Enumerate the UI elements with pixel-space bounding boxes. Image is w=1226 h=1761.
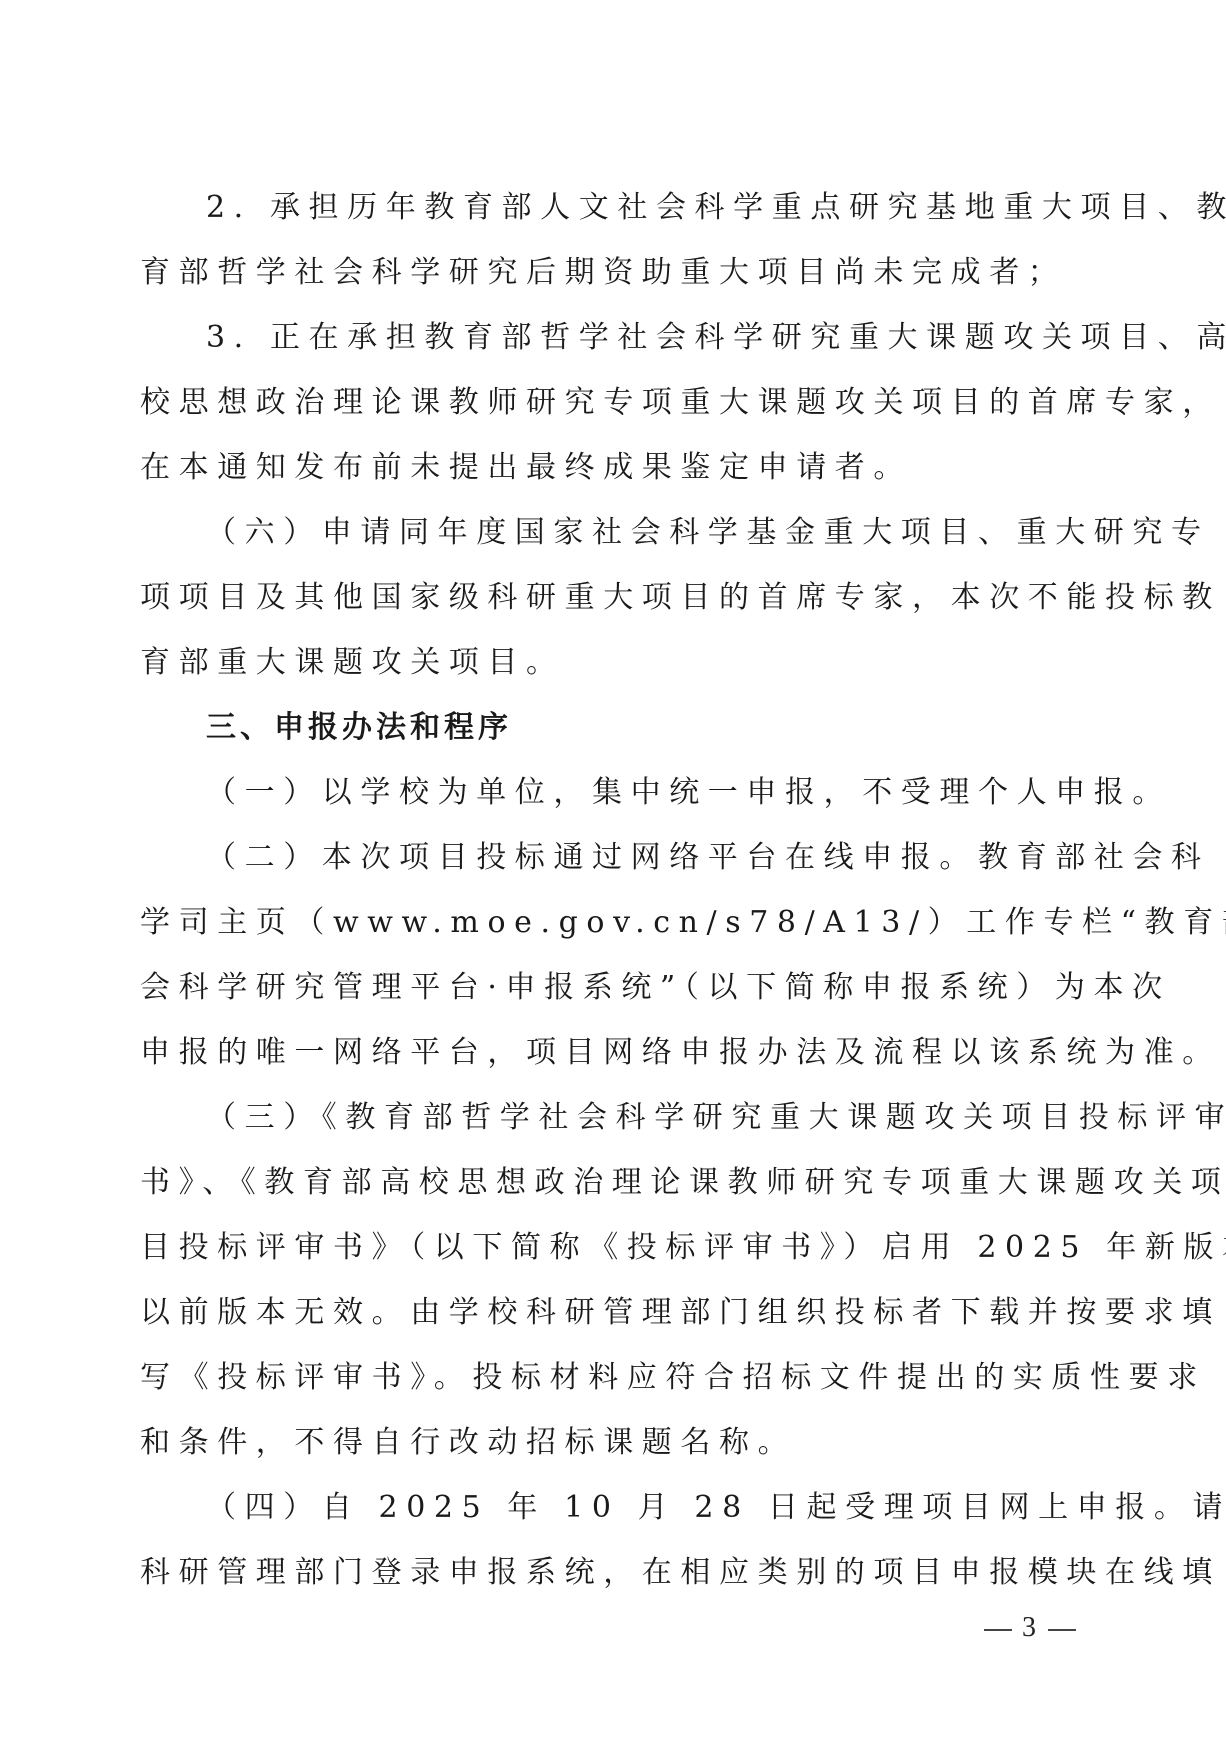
text-line: 育部重大课题攻关项目。: [140, 635, 1115, 700]
text-line: 写《投标评审书》。投标材料应符合招标文件提出的实质性要求: [140, 1350, 1115, 1415]
page-number-dash-right: [1048, 1629, 1076, 1631]
text-line: 申报的唯一网络平台，项目网络申报办法及流程以该系统为准。: [140, 1025, 1115, 1090]
text-line: （四）自 2025 年 10 月 28 日起受理项目网上申报。请各高校: [140, 1480, 1115, 1545]
text-line: 3. 正在承担教育部哲学社会科学研究重大课题攻关项目、高: [140, 310, 1115, 375]
text-line: 校思想政治理论课教师研究专项重大课题攻关项目的首席专家，: [140, 375, 1115, 440]
text-line: 会科学研究管理平台·申报系统”（以下简称申报系统）为本次: [140, 960, 1115, 1025]
text-line: （一）以学校为单位，集中统一申报，不受理个人申报。: [140, 765, 1115, 830]
text-line: 科研管理部门登录申报系统，在相应类别的项目申报模块在线填: [140, 1545, 1115, 1610]
text-line: 2. 承担历年教育部人文社会科学重点研究基地重大项目、教: [140, 180, 1115, 245]
text-line: 学司主页（www.moe.gov.cn/s78/A13/）工作专栏“教育部人文社: [140, 895, 1115, 960]
text-line: 书》、《教育部高校思想政治理论课教师研究专项重大课题攻关项: [140, 1155, 1115, 1220]
text-line: 项项目及其他国家级科研重大项目的首席专家，本次不能投标教: [140, 570, 1115, 635]
body-text: 2. 承担历年教育部人文社会科学重点研究基地重大项目、教育部哲学社会科学研究后期…: [140, 180, 1115, 1610]
document-page: 2. 承担历年教育部人文社会科学重点研究基地重大项目、教育部哲学社会科学研究后期…: [0, 0, 1226, 1761]
text-line: 以前版本无效。由学校科研管理部门组织投标者下载并按要求填: [140, 1285, 1115, 1350]
text-line: （六）申请同年度国家社会科学基金重大项目、重大研究专: [140, 505, 1115, 570]
text-line: 目投标评审书》（以下简称《投标评审书》）启用 2025 年新版本，: [140, 1220, 1115, 1285]
text-line: 和条件，不得自行改动招标课题名称。: [140, 1415, 1115, 1480]
text-line: （三）《教育部哲学社会科学研究重大课题攻关项目投标评审: [140, 1090, 1115, 1155]
section-heading: 三、申报办法和程序: [140, 700, 1115, 765]
text-line: 在本通知发布前未提出最终成果鉴定申请者。: [140, 440, 1115, 505]
text-line: （二）本次项目投标通过网络平台在线申报。教育部社会科: [140, 830, 1115, 895]
page-number: 3: [960, 1612, 1100, 1644]
page-number-dash-left: [984, 1629, 1012, 1631]
text-line: 育部哲学社会科学研究后期资助重大项目尚未完成者；: [140, 245, 1115, 310]
page-number-value: 3: [1022, 1612, 1038, 1643]
